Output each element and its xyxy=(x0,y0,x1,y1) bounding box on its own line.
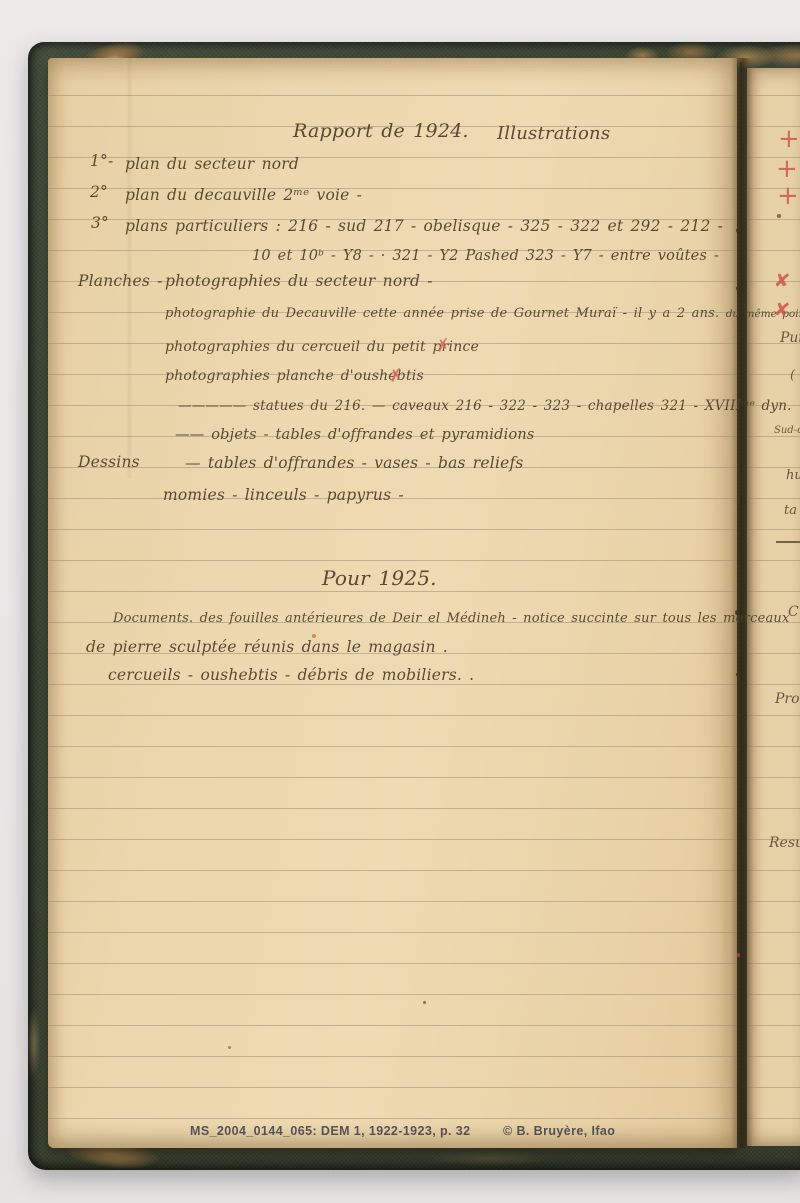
planches-row-text: photographie du Decauville cette année p… xyxy=(165,306,719,321)
caption-credit: © B. Bruyère, Ifao xyxy=(503,1124,615,1138)
stitch-hole xyxy=(736,672,741,677)
scanned-notebook-photo: Rapport de 1924. Illustrations 1°- plan … xyxy=(0,0,800,1203)
book-gutter xyxy=(731,58,753,1148)
page-crease xyxy=(126,58,133,478)
list-item-text: 10 et 10ᵇ - Y8 - · 321 - Y2 Pashed 323 -… xyxy=(252,248,719,264)
red-crossed-icon: ✘ xyxy=(773,269,791,293)
list-number: 1°- xyxy=(90,152,113,170)
planches-label: Planches - xyxy=(78,272,163,290)
page-title-section: Illustrations xyxy=(497,123,610,144)
list-item-text: plan du secteur nord xyxy=(125,155,299,173)
red-check-icon: ✗ xyxy=(388,365,405,387)
pour1925-row: Documents. des fouilles antérieures de D… xyxy=(113,611,790,626)
planches-row: ————— statues du 216. — caveaux 216 - 32… xyxy=(178,398,792,414)
red-plus-icon: + xyxy=(777,181,799,211)
planches-row: —— objets - tables d'offrandes et pyrami… xyxy=(175,427,535,443)
dust-speck xyxy=(228,1046,231,1049)
planches-row: photographies planche d'oushebtis xyxy=(165,368,424,384)
list-number: 3° xyxy=(91,214,109,232)
text-fragment: Resul xyxy=(769,835,800,851)
wear-bottom-edge xyxy=(430,1150,550,1166)
text-fragment: Puit xyxy=(780,330,800,346)
list-number: 2° xyxy=(90,183,108,201)
red-crossed-icon: ✘ xyxy=(773,298,791,322)
dessins-row: — tables d'offrandes - vases - bas relie… xyxy=(185,454,524,472)
pour1925-row: de pierre sculptée réunis dans le magasi… xyxy=(86,638,448,656)
list-item-text: plans particuliers : 216 - sud 217 - obe… xyxy=(125,217,723,235)
red-check-icon: ✗ xyxy=(435,335,452,357)
dessins-row: momies - linceuls - papyrus - xyxy=(163,486,404,504)
stitch-hole xyxy=(736,286,741,291)
section-title-1925: Pour 1925. xyxy=(322,566,437,590)
red-dot xyxy=(777,214,781,218)
page-title: Rapport de 1924. xyxy=(293,120,469,142)
wear-left-edge xyxy=(27,1008,41,1078)
caption-id: MS_2004_0144_065: DEM 1, 1922-1923, p. 3… xyxy=(190,1124,470,1138)
planches-row: photographie du Decauville cette année p… xyxy=(165,306,800,321)
text-fragment: ( xyxy=(790,368,795,383)
text-fragment: Pro xyxy=(775,691,800,707)
text-fragment: hu xyxy=(786,468,800,483)
pour1925-row: cercueils - oushebtis - débris de mobili… xyxy=(108,666,474,684)
text-fragment: ta xyxy=(784,503,797,518)
list-item-text: plan du decauville 2ᵐᵉ voie - xyxy=(125,186,362,204)
planches-row: photographies du secteur nord - xyxy=(165,272,433,290)
red-speck xyxy=(737,953,740,957)
dessins-label: Dessins xyxy=(78,453,140,471)
planches-row: photographies du cercueil du petit princ… xyxy=(165,339,479,355)
gutter-fold-line xyxy=(740,62,742,1148)
ink-rule-fragment xyxy=(776,541,800,543)
red-plus-icon: + xyxy=(776,154,798,184)
dust-speck xyxy=(423,1001,426,1004)
stitch-hole xyxy=(736,228,741,233)
red-plus-icon: + xyxy=(778,124,800,154)
text-fragment: Sud-o xyxy=(774,425,800,436)
text-fragment: C xyxy=(788,604,799,620)
